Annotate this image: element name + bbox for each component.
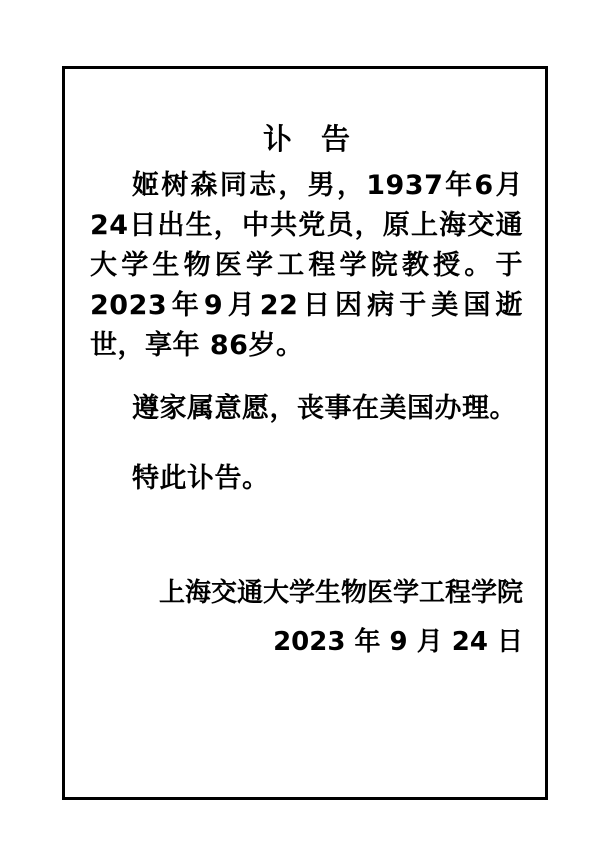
notice-border-box: 讣 告 姬树森同志，男，1937年6月24日出生，中共党员，原上海交通大学生物医… [62, 66, 548, 800]
notice-closing-paragraph: 特此讣告。 [90, 459, 523, 499]
notice-date: 2023 年 9 月 24 日 [90, 622, 523, 662]
document-page: 讣 告 姬树森同志，男，1937年6月24日出生，中共党员，原上海交通大学生物医… [0, 0, 601, 868]
notice-content: 讣 告 姬树森同志，男，1937年6月24日出生，中共党员，原上海交通大学生物医… [65, 69, 545, 662]
signature-institution: 上海交通大学生物医学工程学院 [90, 573, 523, 613]
notice-body-paragraph: 姬树森同志，男，1937年6月24日出生，中共党员，原上海交通大学生物医学工程学… [90, 166, 523, 366]
notice-title: 讣 告 [90, 123, 523, 156]
notice-funeral-paragraph: 遵家属意愿，丧事在美国办理。 [90, 389, 523, 429]
